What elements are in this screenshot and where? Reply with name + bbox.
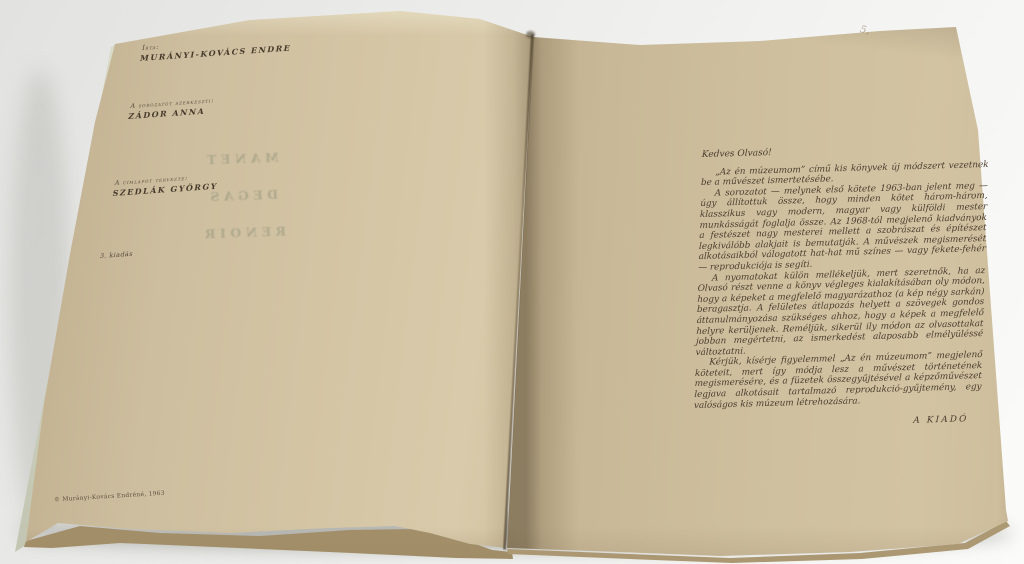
letter-paragraph: Kérjük, kísérje figyelemmel „Az én múzeu… bbox=[694, 350, 983, 411]
left-page bbox=[20, 8, 535, 560]
spine-stitch-mark bbox=[526, 31, 535, 38]
show-through-title-text: MANET DEGAS RENOIR bbox=[176, 138, 308, 253]
letter-paragraph: A sorozatot — melynek első kötete 1963-b… bbox=[698, 181, 988, 274]
show-through-line: MANET bbox=[176, 138, 305, 179]
book-photograph: Írta: MURÁNYI-KOVÁCS ENDRE A sorozatot s… bbox=[0, 0, 1024, 564]
show-through-line: RENOIR bbox=[179, 212, 308, 253]
letter-paragraph: A nyomatokat külön mellékeljük, mert sze… bbox=[695, 266, 985, 359]
show-through-line: DEGAS bbox=[177, 175, 306, 216]
publisher-letter: Kedves Olvasó! „Az én múzeumom” című kis… bbox=[693, 142, 989, 433]
